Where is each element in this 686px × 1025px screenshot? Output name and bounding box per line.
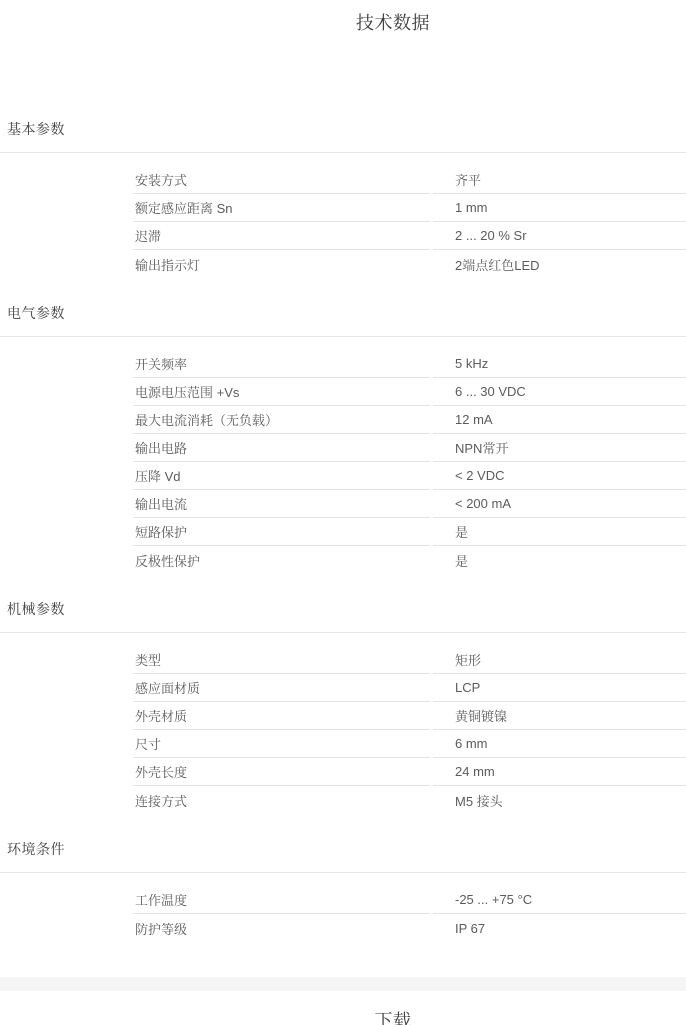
spec-value: < 2 VDC <box>433 462 686 490</box>
section-basic-parameters: 基本参数 安装方式 齐平 额定感应距离 Sn 1 mm 迟滞 2 ... 20 … <box>0 119 686 278</box>
spec-value: 是 <box>433 518 686 546</box>
section-mechanical-parameters: 机械参数 类型 矩形 感应面材质 LCP 外壳材质 黄铜镀镍 尺寸 6 mm 外… <box>0 599 686 814</box>
spec-table: 开关频率 5 kHz 电源电压范围 +Vs 6 ... 30 VDC 最大电流消… <box>133 350 686 574</box>
spec-value: 24 mm <box>433 758 686 786</box>
spec-label: 类型 <box>133 646 430 674</box>
section-title: 基本参数 <box>7 119 686 139</box>
spec-row: 尺寸 6 mm <box>133 730 686 758</box>
spec-value: -25 ... +75 °C <box>433 886 686 914</box>
spec-row: 开关频率 5 kHz <box>133 350 686 378</box>
spec-value: 6 ... 30 VDC <box>433 378 686 406</box>
spec-value: 齐平 <box>433 166 686 194</box>
section-divider-band <box>0 977 686 991</box>
spec-value: 1 mm <box>433 194 686 222</box>
section-divider <box>0 632 686 633</box>
section-electrical-parameters: 电气参数 开关频率 5 kHz 电源电压范围 +Vs 6 ... 30 VDC … <box>0 303 686 574</box>
spec-label: 最大电流消耗（无负载） <box>133 406 430 434</box>
spec-label: 输出电流 <box>133 490 430 518</box>
spec-row: 反极性保护 是 <box>133 546 686 574</box>
spec-row: 感应面材质 LCP <box>133 674 686 702</box>
spec-row: 安装方式 齐平 <box>133 166 686 194</box>
spec-label: 额定感应距离 Sn <box>133 194 430 222</box>
spec-row: 外壳长度 24 mm <box>133 758 686 786</box>
spec-label: 防护等级 <box>133 914 430 942</box>
spec-row: 输出电路 NPN常开 <box>133 434 686 462</box>
spec-label: 压降 Vd <box>133 462 430 490</box>
spec-label: 输出指示灯 <box>133 250 430 278</box>
spec-row: 连接方式 M5 接头 <box>133 786 686 814</box>
spec-label: 电源电压范围 +Vs <box>133 378 430 406</box>
spec-label: 反极性保护 <box>133 546 430 574</box>
section-title: 电气参数 <box>7 303 686 323</box>
spec-label: 连接方式 <box>133 786 430 814</box>
spec-row: 输出指示灯 2端点红色LED <box>133 250 686 278</box>
section-environmental-conditions: 环境条件 工作温度 -25 ... +75 °C 防护等级 IP 67 <box>0 839 686 942</box>
spec-table: 安装方式 齐平 额定感应距离 Sn 1 mm 迟滞 2 ... 20 % Sr … <box>133 166 686 278</box>
spec-value: LCP <box>433 674 686 702</box>
downloads-section-title: 下载 <box>0 1010 686 1025</box>
spec-row: 工作温度 -25 ... +75 °C <box>133 886 686 914</box>
spec-row: 短路保护 是 <box>133 518 686 546</box>
spec-value: NPN常开 <box>433 434 686 462</box>
section-title: 机械参数 <box>7 599 686 619</box>
spec-value: 是 <box>433 546 686 574</box>
spec-row: 类型 矩形 <box>133 646 686 674</box>
spec-row: 压降 Vd < 2 VDC <box>133 462 686 490</box>
spec-label: 外壳长度 <box>133 758 430 786</box>
spec-row: 额定感应距离 Sn 1 mm <box>133 194 686 222</box>
spec-value: 12 mA <box>433 406 686 434</box>
spec-value: < 200 mA <box>433 490 686 518</box>
spec-value: M5 接头 <box>433 786 686 814</box>
spec-row: 最大电流消耗（无负载） 12 mA <box>133 406 686 434</box>
spec-value: IP 67 <box>433 914 686 942</box>
spec-label: 安装方式 <box>133 166 430 194</box>
technical-data-page: 技术数据 基本参数 安装方式 齐平 额定感应距离 Sn 1 mm 迟滞 2 ..… <box>0 12 686 1025</box>
spec-value: 2端点红色LED <box>433 250 686 278</box>
section-divider <box>0 152 686 153</box>
spec-label: 感应面材质 <box>133 674 430 702</box>
spec-label: 迟滞 <box>133 222 430 250</box>
spec-table: 类型 矩形 感应面材质 LCP 外壳材质 黄铜镀镍 尺寸 6 mm 外壳长度 2… <box>133 646 686 814</box>
spec-value: 黄铜镀镍 <box>433 702 686 730</box>
spec-label: 开关频率 <box>133 350 430 378</box>
spec-row: 电源电压范围 +Vs 6 ... 30 VDC <box>133 378 686 406</box>
spec-label: 外壳材质 <box>133 702 430 730</box>
spec-row: 外壳材质 黄铜镀镍 <box>133 702 686 730</box>
spec-value: 矩形 <box>433 646 686 674</box>
spec-label: 工作温度 <box>133 886 430 914</box>
spec-label: 输出电路 <box>133 434 430 462</box>
spec-value: 2 ... 20 % Sr <box>433 222 686 250</box>
section-divider <box>0 872 686 873</box>
spec-row: 防护等级 IP 67 <box>133 914 686 942</box>
spec-value: 6 mm <box>433 730 686 758</box>
spec-row: 输出电流 < 200 mA <box>133 490 686 518</box>
section-divider <box>0 336 686 337</box>
spec-row: 迟滞 2 ... 20 % Sr <box>133 222 686 250</box>
spec-table: 工作温度 -25 ... +75 °C 防护等级 IP 67 <box>133 886 686 942</box>
spec-label: 短路保护 <box>133 518 430 546</box>
section-title: 环境条件 <box>7 839 686 859</box>
spec-value: 5 kHz <box>433 350 686 378</box>
spec-label: 尺寸 <box>133 730 430 758</box>
page-title: 技术数据 <box>0 12 686 34</box>
